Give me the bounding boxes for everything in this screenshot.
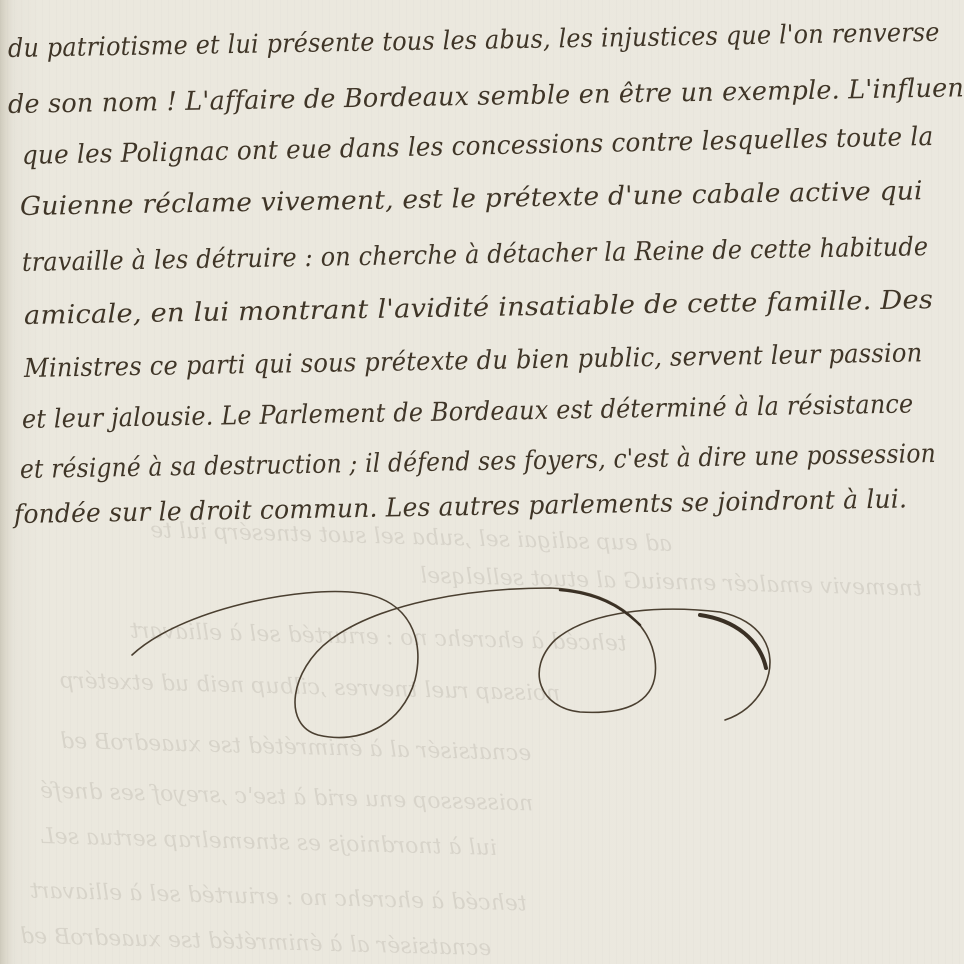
manuscript-page: ad eup saligai sel ,suba sel suot etnesé… (0, 0, 964, 964)
pen-flourish-icon (0, 0, 964, 964)
